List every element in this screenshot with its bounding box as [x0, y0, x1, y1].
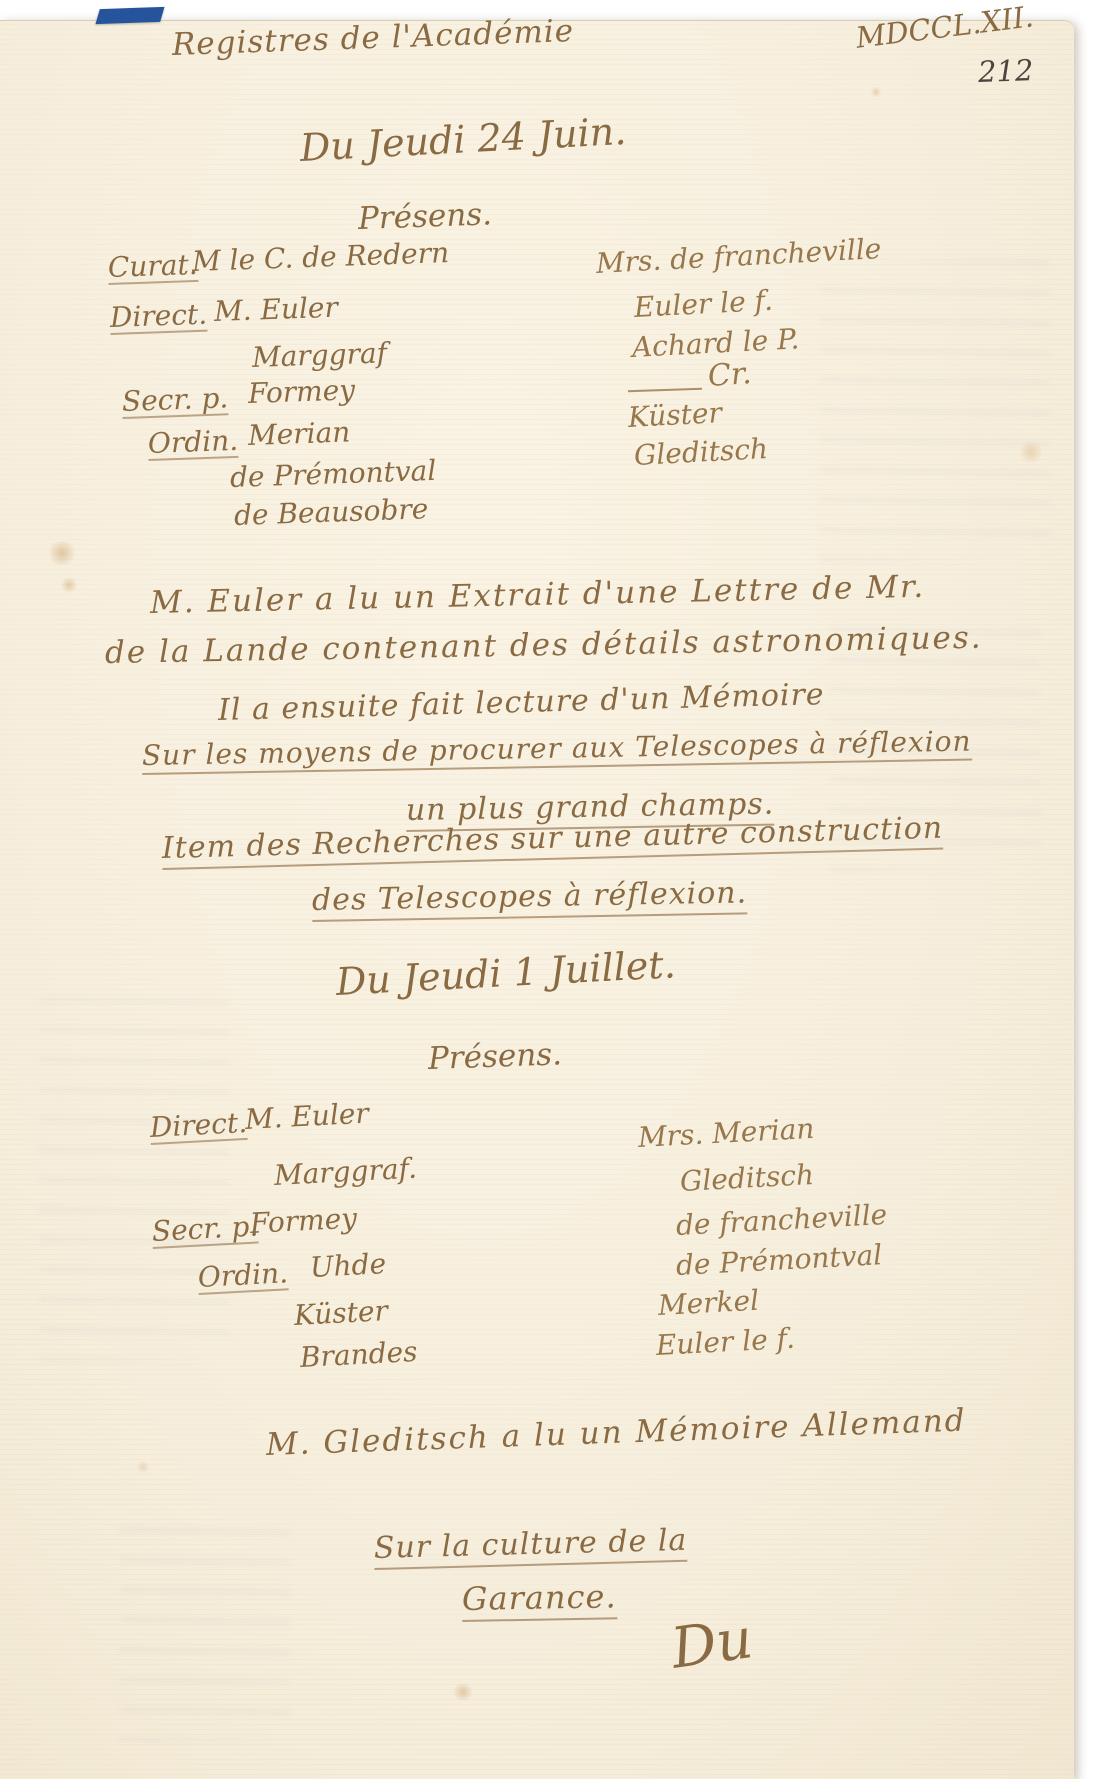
memoir-title-line: Sur les moyens de procurer aux Telescope… [142, 727, 972, 776]
attendee-name: Küster [627, 398, 722, 432]
foxing-spot [870, 87, 882, 97]
session2-date-heading: Du Jeudi 1 Juillet. [335, 945, 677, 1003]
memoir-title-line: Garance. [462, 1580, 617, 1621]
attendee-name: Küster [293, 1296, 388, 1330]
minutes-line: Il a ensuite fait lecture d'un Mémoire [218, 679, 825, 726]
verso-showthrough [40, 981, 230, 1361]
attendee-name: Achard le P. [631, 324, 800, 362]
verso-showthrough [820, 261, 1050, 561]
attendee-name: Uhde [309, 1249, 387, 1282]
attendee-name: Euler le f. [655, 1324, 795, 1361]
attendee-name: Mrs. de francheville [595, 234, 882, 278]
attendee-name: M. Euler [244, 1099, 369, 1135]
attendee-name: de Prémontval [675, 1240, 883, 1280]
attendee-role: Ordin. [197, 1258, 289, 1295]
manuscript-page: Registres de l'Académie MDCCL.XII. 212 D… [0, 20, 1074, 1779]
attendee-name: de francheville [675, 1200, 888, 1240]
attendee-name: Formey [249, 1203, 357, 1238]
minutes-line: de la Lande contenant des détails astron… [105, 622, 983, 670]
annotation-cr: Cr. [707, 358, 753, 392]
attendee-name: Gleditsch [679, 1160, 814, 1196]
attendee-role: Direct. [149, 1108, 248, 1145]
attendee-name: Brandes [299, 1337, 418, 1373]
attendee-role: Secr. p. [121, 383, 228, 419]
attendee-name: Euler le f. [633, 286, 773, 323]
memoir-title-line: Sur la culture de la [374, 1525, 688, 1570]
session2-presens-label: Présens. [427, 1038, 562, 1075]
attendee-name: Marggraf. [273, 1154, 417, 1191]
attendee-name: Gleditsch [633, 434, 768, 470]
attendee-name: Formey [247, 375, 355, 408]
session1-presens-label: Présens. [357, 198, 492, 235]
blue-archive-tab [95, 7, 164, 24]
list-divider-stroke [628, 388, 702, 393]
year-roman: MDCCL.XII. [854, 1, 1035, 53]
attendee-name: M. Euler [213, 293, 338, 327]
attendee-role: Secr. p. [151, 1211, 259, 1249]
attendee-name: M le C. de Redern [191, 238, 449, 276]
attendee-name: Merian [247, 417, 350, 450]
attendee-role: Direct. [109, 300, 207, 336]
minutes-line: Item des Recherches sur une autre constr… [162, 813, 944, 870]
catchword: Du [668, 1610, 756, 1679]
attendee-name: de Prémontval [229, 456, 436, 493]
verso-showthrough [120, 1521, 290, 1741]
attendee-name: Mrs. Merian [637, 1114, 815, 1153]
attendee-name: Merkel [657, 1286, 760, 1321]
attendee-role: Ordin. [147, 426, 238, 462]
attendee-name: de Beausobre [233, 494, 428, 530]
foxing-spot [1018, 441, 1044, 463]
foxing-spot [452, 1683, 474, 1701]
attendee-name: Marggraf [251, 338, 387, 372]
attendee-role: Curat. [107, 250, 198, 286]
foxing-spot [60, 577, 78, 593]
foxing-spot [136, 1461, 150, 1473]
register-title: Registres de l'Académie [171, 15, 574, 62]
foxing-spot [46, 541, 78, 565]
memoir-title-line: des Telescopes à réflexion. [312, 877, 748, 921]
session1-date-heading: Du Jeudi 24 Juin. [299, 112, 627, 169]
minutes-line: M. Euler a lu un Extrait d'une Lettre de… [150, 571, 926, 620]
page-number: 212 [977, 55, 1033, 87]
minutes-line: M. Gleditsch a lu un Mémoire Allemand [265, 1405, 967, 1462]
